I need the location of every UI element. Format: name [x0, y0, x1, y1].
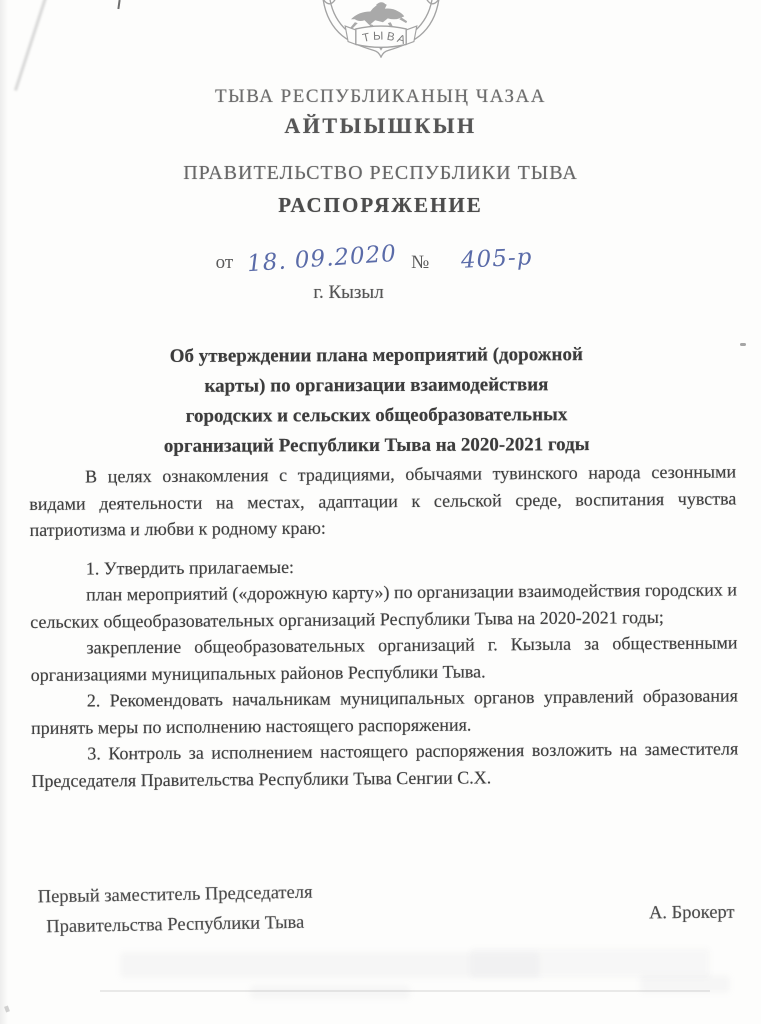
- signer-name: А. Брокерт: [649, 896, 735, 924]
- header-doc-type-tuvan: АЙТЫЫШКЫН: [0, 113, 761, 139]
- paragraph: 3. Контроль за исполнением настоящего ра…: [31, 735, 738, 794]
- scan-speck: [4, 1005, 10, 1012]
- number-sign: №: [411, 252, 429, 274]
- title-line: городских и сельских общеобразовательных: [0, 399, 753, 432]
- header-org-name-russian: ПРАВИТЕЛЬСТВО РЕСПУБЛИКИ ТЫВА: [0, 162, 761, 185]
- date-number-line: от 18. 09.2020 № 405-р: [216, 248, 533, 274]
- title-line: Об утверждении плана мероприятий (дорожн…: [0, 339, 753, 372]
- signer-position-line2: Правительства Республики Тыва: [38, 908, 313, 943]
- signature-block: Первый заместитель Председателя Правител…: [38, 880, 735, 940]
- paragraph: В целях ознакомления с традициями, обыча…: [29, 458, 737, 543]
- scanned-document-page: ТЫВА ТЫВА РЕСПУБЛИКАНЫҢ ЧАЗАА АЙТЫЫШКЫН …: [0, 0, 761, 1024]
- document-title: Об утверждении плана мероприятий (дорожн…: [0, 339, 753, 462]
- emblem-left-scallop: [322, 0, 335, 4]
- from-label: от: [216, 252, 234, 274]
- city-line: г. Кызыл: [0, 282, 761, 304]
- document-body: В целях ознакомления с традициями, обыча…: [29, 458, 739, 794]
- paragraph: закрепление общеобразовательных организа…: [30, 629, 737, 688]
- paragraph: 2. Рекомендовать начальникам муниципальн…: [31, 682, 738, 741]
- scan-edge-shadow: [0, 0, 8, 1024]
- handwritten-number: 405-р: [461, 244, 534, 274]
- title-line: организаций Республики Тыва на 2020-2021…: [0, 429, 753, 462]
- paragraph: план мероприятий («дорожную карту») по о…: [30, 576, 737, 635]
- header-org-name-tuvan: ТЫВА РЕСПУБЛИКАНЫҢ ЧАЗАА: [0, 86, 761, 108]
- page-bleedthrough: [470, 948, 710, 978]
- signer-position: Первый заместитель Председателя Правител…: [37, 878, 313, 943]
- tyva-coat-of-arms: ТЫВА: [314, 0, 448, 58]
- page-bleedthrough: [250, 985, 410, 999]
- emblem-right-scallop: [426, 0, 439, 4]
- title-line: карты) по организации взаимодействия: [0, 369, 753, 402]
- emblem-banner: ТЫВА: [345, 26, 417, 48]
- signer-position-line1: Первый заместитель Председателя: [37, 878, 312, 913]
- header-doc-type-russian: РАСПОРЯЖЕНИЕ: [0, 193, 761, 218]
- page-bleedthrough: [640, 975, 730, 993]
- scan-speck: [117, 0, 120, 9]
- handwritten-date: 18. 09.2020: [246, 241, 397, 277]
